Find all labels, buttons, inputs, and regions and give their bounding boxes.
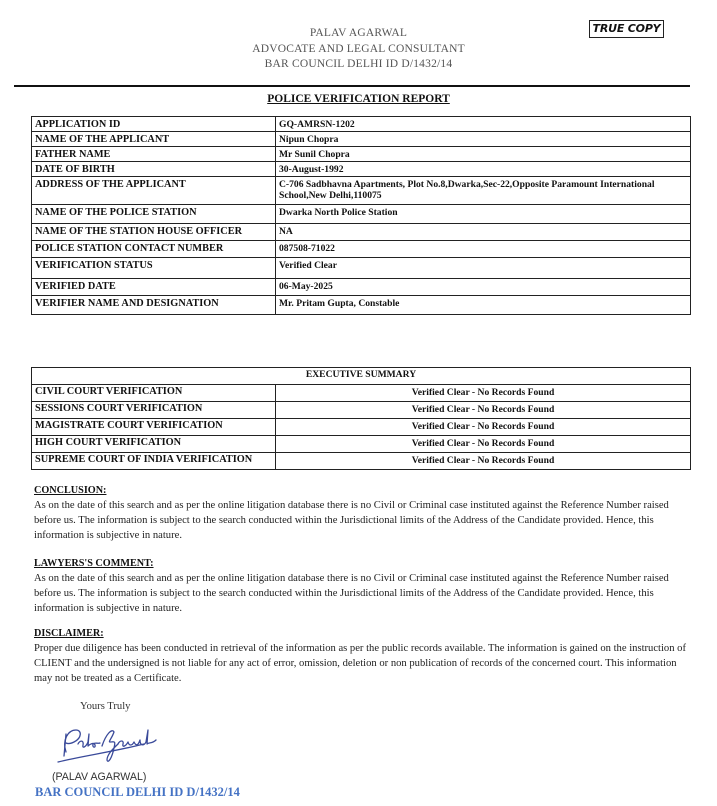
disclaimer-text: Proper due diligence has been conducted … — [34, 641, 694, 686]
lawyers-comment-section: LAWYERS'S COMMENT: As on the date of thi… — [34, 556, 694, 616]
details-label: ADDRESS OF THE APPLICANT — [32, 177, 276, 205]
summary-status: Verified Clear - No Records Found — [276, 453, 691, 470]
signer-bar-id: BAR COUNCIL DELHI ID D/1432/14 — [35, 785, 240, 800]
details-row: NAME OF THE STATION HOUSE OFFICERNA — [32, 224, 691, 241]
true-copy-stamp: TRUE COPY — [589, 20, 664, 38]
executive-summary-table: EXECUTIVE SUMMARY CIVIL COURT VERIFICATI… — [31, 367, 691, 470]
details-value: Nipun Chopra — [276, 132, 691, 147]
summary-row: SUPREME COURT OF INDIA VERIFICATIONVerif… — [32, 453, 691, 470]
details-label: NAME OF THE STATION HOUSE OFFICER — [32, 224, 276, 241]
summary-row: SESSIONS COURT VERIFICATIONVerified Clea… — [32, 402, 691, 419]
header-divider — [14, 85, 690, 87]
summary-status: Verified Clear - No Records Found — [276, 419, 691, 436]
details-row: NAME OF THE POLICE STATIONDwarka North P… — [32, 205, 691, 224]
summary-status: Verified Clear - No Records Found — [276, 402, 691, 419]
summary-label: CIVIL COURT VERIFICATION — [32, 385, 276, 402]
details-value: Dwarka North Police Station — [276, 205, 691, 224]
lawyers-comment-heading: LAWYERS'S COMMENT: — [34, 556, 694, 571]
lawyers-comment-text: As on the date of this search and as per… — [34, 571, 694, 616]
disclaimer-section: DISCLAIMER: Proper due diligence has bee… — [34, 626, 694, 686]
details-row: NAME OF THE APPLICANTNipun Chopra — [32, 132, 691, 147]
summary-label: HIGH COURT VERIFICATION — [32, 436, 276, 453]
letterhead-title: ADVOCATE AND LEGAL CONSULTANT — [0, 42, 717, 58]
details-row: VERIFIED DATE06-May-2025 — [32, 279, 691, 296]
details-value: C-706 Sadbhavna Apartments, Plot No.8,Dw… — [276, 177, 691, 205]
summary-label: MAGISTRATE COURT VERIFICATION — [32, 419, 276, 436]
summary-status: Verified Clear - No Records Found — [276, 436, 691, 453]
details-row: FATHER NAMEMr Sunil Chopra — [32, 147, 691, 162]
disclaimer-heading: DISCLAIMER: — [34, 626, 694, 641]
details-row: APPLICATION IDGQ-AMRSN-1202 — [32, 117, 691, 132]
summary-status: Verified Clear - No Records Found — [276, 385, 691, 402]
details-label: VERIFIER NAME AND DESIGNATION — [32, 296, 276, 315]
sign-off: Yours Truly — [80, 701, 130, 712]
details-label: NAME OF THE APPLICANT — [32, 132, 276, 147]
summary-row: CIVIL COURT VERIFICATIONVerified Clear -… — [32, 385, 691, 402]
letterhead-bar-id: BAR COUNCIL DELHI ID D/1432/14 — [0, 57, 717, 73]
details-label: POLICE STATION CONTACT NUMBER — [32, 241, 276, 258]
details-value: GQ-AMRSN-1202 — [276, 117, 691, 132]
conclusion-text: As on the date of this search and as per… — [34, 498, 694, 543]
details-row: VERIFICATION STATUSVerified Clear — [32, 258, 691, 279]
details-row: VERIFIER NAME AND DESIGNATIONMr. Pritam … — [32, 296, 691, 315]
executive-summary-heading: EXECUTIVE SUMMARY — [32, 368, 691, 385]
details-value: 087508-71022 — [276, 241, 691, 258]
details-label: FATHER NAME — [32, 147, 276, 162]
details-value: 30-August-1992 — [276, 162, 691, 177]
details-label: APPLICATION ID — [32, 117, 276, 132]
summary-label: SUPREME COURT OF INDIA VERIFICATION — [32, 453, 276, 470]
details-value: Mr. Pritam Gupta, Constable — [276, 296, 691, 315]
summary-row: HIGH COURT VERIFICATIONVerified Clear - … — [32, 436, 691, 453]
signature-icon — [52, 722, 162, 768]
conclusion-heading: CONCLUSION: — [34, 483, 694, 498]
details-label: VERIFICATION STATUS — [32, 258, 276, 279]
summary-heading-row: EXECUTIVE SUMMARY — [32, 368, 691, 385]
report-title: POLICE VERIFICATION REPORT — [0, 93, 717, 105]
details-value: Verified Clear — [276, 258, 691, 279]
details-row: DATE OF BIRTH30-August-1992 — [32, 162, 691, 177]
summary-label: SESSIONS COURT VERIFICATION — [32, 402, 276, 419]
details-value: NA — [276, 224, 691, 241]
details-label: NAME OF THE POLICE STATION — [32, 205, 276, 224]
details-label: VERIFIED DATE — [32, 279, 276, 296]
details-row: ADDRESS OF THE APPLICANTC-706 Sadbhavna … — [32, 177, 691, 205]
details-value: 06-May-2025 — [276, 279, 691, 296]
details-row: POLICE STATION CONTACT NUMBER087508-7102… — [32, 241, 691, 258]
signer-name: (PALAV AGARWAL) — [52, 771, 146, 783]
details-value: Mr Sunil Chopra — [276, 147, 691, 162]
details-table: APPLICATION IDGQ-AMRSN-1202NAME OF THE A… — [31, 116, 691, 315]
conclusion-section: CONCLUSION: As on the date of this searc… — [34, 483, 694, 543]
summary-row: MAGISTRATE COURT VERIFICATIONVerified Cl… — [32, 419, 691, 436]
details-label: DATE OF BIRTH — [32, 162, 276, 177]
